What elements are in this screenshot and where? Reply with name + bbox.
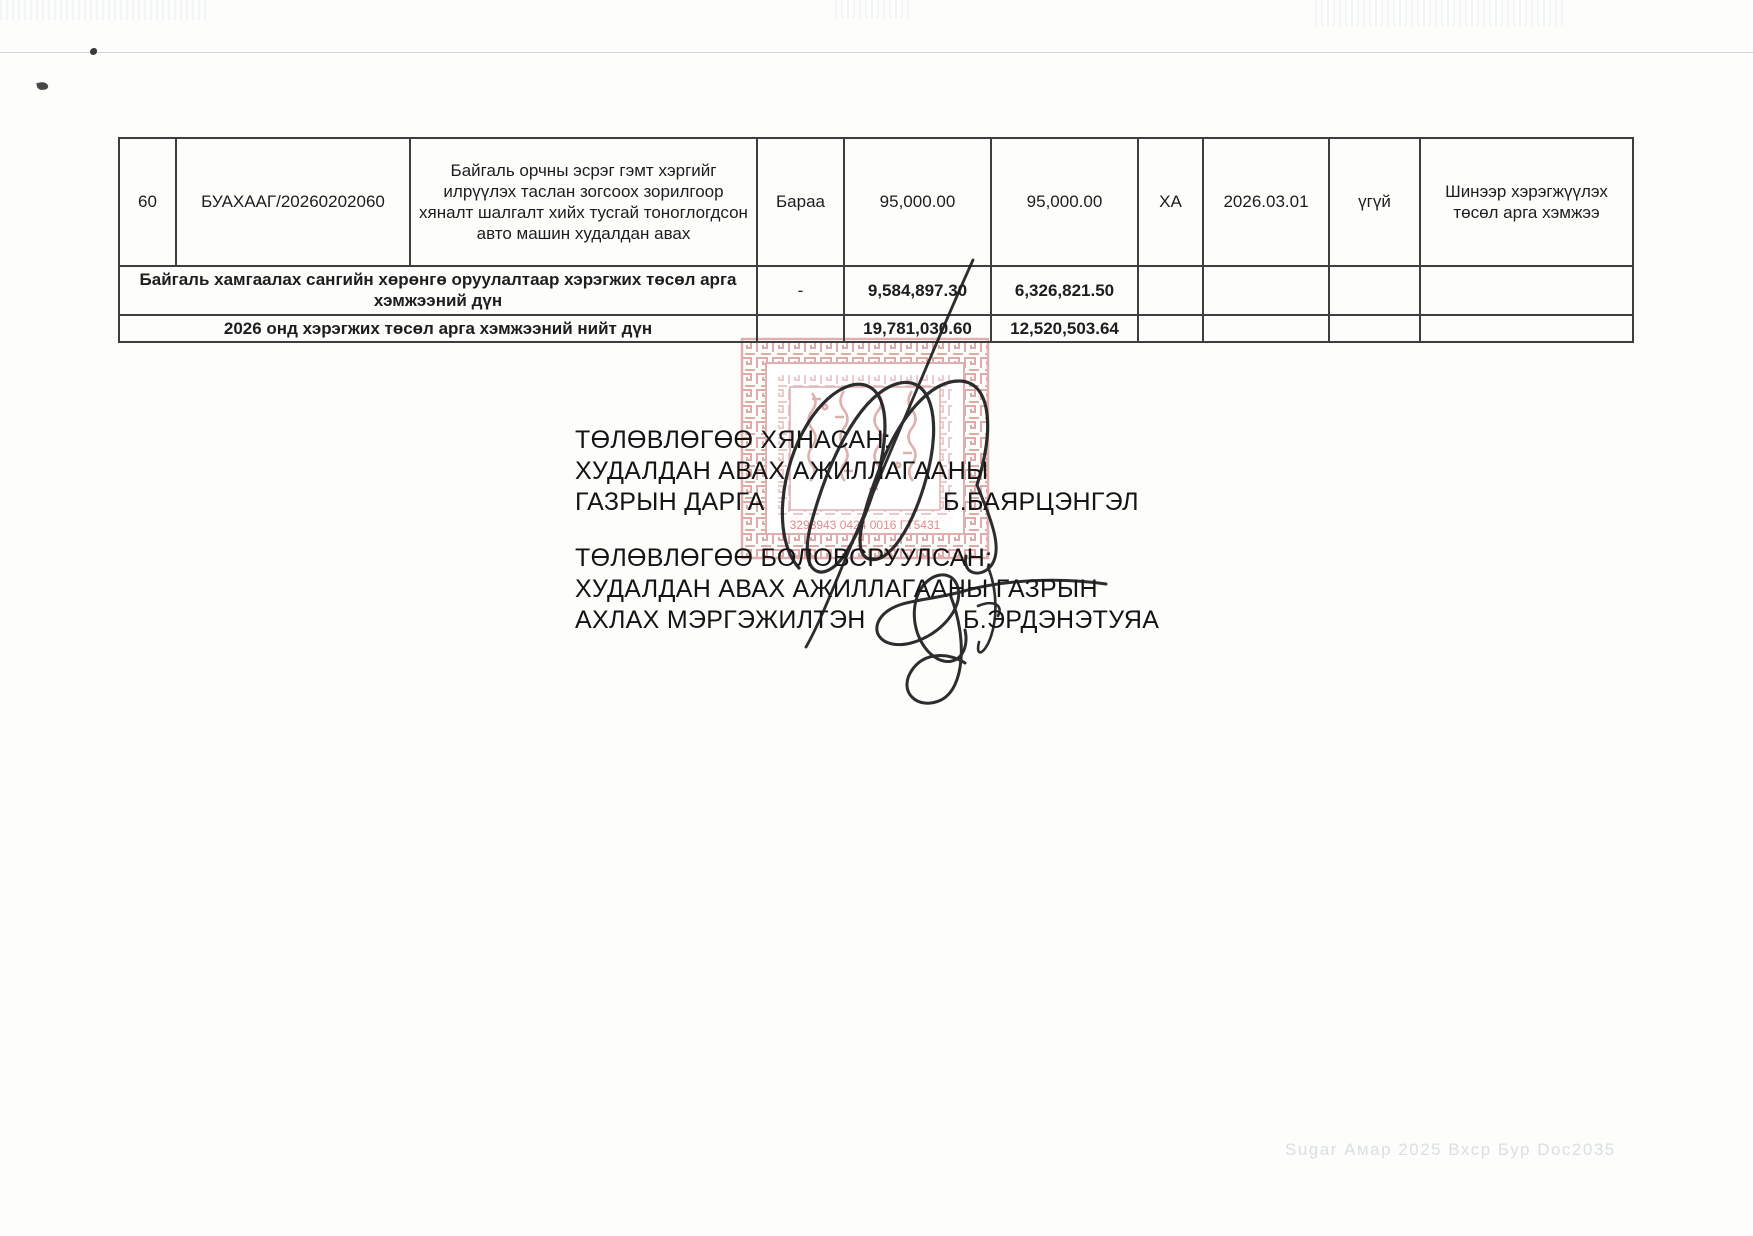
reviewed-name: Б.БАЯРЦЭНГЭЛ [943, 487, 1139, 518]
cell-method: ХА [1138, 138, 1203, 266]
prepared-title: ТӨЛӨВЛӨГӨӨ БОЛОВСРУУЛСАН: [575, 543, 1098, 574]
reviewed-org: ХУДАЛДАН АВАХ АЖИЛЛАГААНЫ [575, 456, 989, 487]
procurement-plan-table: 60 БУАХААГ/20260202060 Байгаль орчны эср… [118, 137, 1634, 343]
cell-row-number: 60 [119, 138, 176, 266]
table-row-item-60: 60 БУАХААГ/20260202060 Байгаль орчны эср… [119, 138, 1633, 266]
cell-amount-year: 95,000.00 [991, 138, 1138, 266]
cell-grand-total-label: 2026 онд хэрэгжих төсөл арга хэмжээний н… [119, 315, 757, 342]
cell-subtotal-label: Байгаль хамгаалах сангийн хөрөнгө оруула… [119, 266, 757, 315]
reviewed-position: ГАЗРЫН ДАРГА [575, 488, 765, 516]
cell-empty [1420, 266, 1633, 315]
cell-subtotal-amount-year: 6,326,821.50 [991, 266, 1138, 315]
cell-subtotal-amount-total: 9,584,897.30 [844, 266, 991, 315]
approval-block-prepared: ТӨЛӨВЛӨГӨӨ БОЛОВСРУУЛСАН: ХУДАЛДАН АВАХ … [575, 543, 1098, 636]
table-row-subtotal: Байгаль хамгаалах сангийн хөрөнгө оруула… [119, 266, 1633, 315]
cell-grand-total-amount-year: 12,520,503.64 [991, 315, 1138, 342]
ink-speck [36, 81, 48, 91]
cell-empty [1138, 315, 1203, 342]
cell-advance: үгүй [1329, 138, 1420, 266]
scan-noise [0, 0, 210, 20]
prepared-org: ХУДАЛДАН АВАХ АЖИЛЛАГААНЫ ГАЗРЫН [575, 574, 1098, 605]
table-row-grand-total: 2026 онд хэрэгжих төсөл арга хэмжээний н… [119, 315, 1633, 342]
cell-empty [757, 315, 844, 342]
cell-empty [1420, 315, 1633, 342]
scanned-document-page: 3293943 0424 0016 ГТ5431 60 БУАХААГ/2026… [0, 0, 1753, 1236]
cell-subtotal-dash: - [757, 266, 844, 315]
cell-description: Байгаль орчны эсрэг гэмт хэргийг илрүүлэ… [410, 138, 757, 266]
prepared-name: Б.ЭРДЭНЭТУЯА [963, 605, 1159, 636]
cell-type: Бараа [757, 138, 844, 266]
scan-noise [1315, 0, 1565, 26]
cell-amount-total: 95,000.00 [844, 138, 991, 266]
cell-procurement-code: БУАХААГ/20260202060 [176, 138, 410, 266]
cell-empty [1203, 315, 1329, 342]
cell-date: 2026.03.01 [1203, 138, 1329, 266]
approval-block-reviewed: ТӨЛӨВЛӨГӨӨ ХЯНАСАН: ХУДАЛДАН АВАХ АЖИЛЛА… [575, 425, 989, 518]
cell-note: Шинээр хэрэгжүүлэх төсөл арга хэмжээ [1420, 138, 1633, 266]
scan-line-artifact [0, 52, 1753, 53]
cell-grand-total-amount-total: 19,781,030.60 [844, 315, 991, 342]
cell-empty [1203, 266, 1329, 315]
stamp-serial-number: 3293943 0424 0016 ГТ5431 [790, 518, 941, 532]
cell-empty [1329, 266, 1420, 315]
cell-empty [1138, 266, 1203, 315]
reviewed-title: ТӨЛӨВЛӨГӨӨ ХЯНАСАН: [575, 425, 989, 456]
cell-empty [1329, 315, 1420, 342]
faint-footer-text: Sugar Амар 2025 Вхср Бур Doc2035 [1285, 1140, 1616, 1160]
ink-speck [90, 48, 97, 55]
scan-noise [835, 0, 910, 18]
prepared-position: АХЛАХ МЭРГЭЖИЛТЭН [575, 606, 866, 634]
